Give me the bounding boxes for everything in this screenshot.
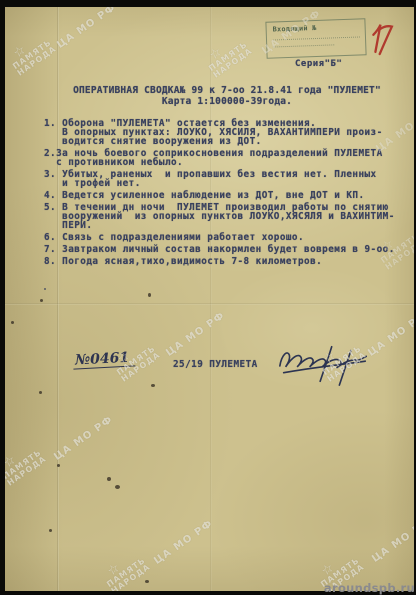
document-text: ОПЕРАТИВНАЯ СВОДКА№ 99 к 7-оо 21.8.41 го… [5,85,414,266]
memory-watermark-text: НАРОДА [110,563,152,591]
memory-watermark: ☆ ПАМЯТЬ НАРОДА [5,440,48,487]
paper-speck [49,529,52,532]
paper-speck [151,384,155,387]
archive-watermark: ЦА МО РФ [152,518,215,567]
title-line: ОПЕРАТИВНАЯ СВОДКА№ 99 к 7-оо 21.8.41 го… [50,85,404,96]
scanned-document-page: Входящий № Серия"Б" ОПЕРАТИВНАЯ СВОДКА№ … [0,0,416,595]
memory-watermark-text: НАРОДА [16,45,58,77]
archive-watermark: ЦА МО РФ [366,310,414,359]
handwritten-page-number [363,18,398,61]
memory-watermark-text: НАРОДА [212,47,254,79]
paper-sheet: Входящий № Серия"Б" ОПЕРАТИВНАЯ СВОДКА№ … [5,7,414,591]
star-icon: ☆ [320,548,356,578]
paper-speck [57,464,60,467]
document-line: вооружений из опорных пунктов ЛОУКО,ХЯСЯ… [44,212,408,221]
document-line: 4. Ведется усиленное наблюдение из ДОТ, … [44,191,408,200]
document-line: с противником небыло. [44,158,408,167]
memory-watermark-text: ПАМЯТЬ [208,40,250,72]
paper-speck [107,477,111,481]
memory-watermark-text: НАРОДА [6,455,48,487]
star-icon: ☆ [106,548,142,578]
paper-speck [40,299,43,302]
archive-watermark: ЦА МО РФ [164,310,227,359]
document-line: 8. Погода ясная,тихо,видимость 7-8 килом… [44,257,408,266]
memory-watermark-text: ПАМЯТЬ [12,38,54,70]
archive-watermark: ЦА МО РФ [52,414,115,463]
document-line: ПЕРИ. [44,221,408,230]
stamp-label: Входящий № [273,22,360,33]
handwritten-doc-number: №0461 [73,349,136,369]
paper-speck [39,391,42,394]
document-line: 7. Завтраком личный состав накормлен буд… [44,245,408,254]
incoming-stamp: Входящий № [265,18,366,58]
document-line: и трофей нет. [44,179,408,188]
star-icon: ☆ [208,32,244,62]
star-icon: ☆ [12,30,48,60]
series-label: Серия"Б" [295,59,342,69]
paper-speck [145,580,149,583]
site-watermark: aroundspb.ru [324,581,415,595]
title-line: Карта 1:100000-39года. [50,96,404,107]
archive-watermark: ЦА МО РФ [370,516,414,565]
document-line: 6. Связь с подразделениями работает хоро… [44,233,408,242]
ink-dot [44,288,46,290]
stamp-rule [273,36,360,40]
handwritten-signature [275,341,373,389]
footer-typed-label: 25/19 ПУЛЕМЕТА [173,359,258,370]
star-icon: ☆ [5,440,39,470]
memory-watermark-text: ПАМЯТЬ [5,448,43,480]
document-title: ОПЕРАТИВНАЯ СВОДКА№ 99 к 7-оо 21.8.41 го… [50,85,404,107]
paper-speck [11,321,14,324]
memory-watermark: ☆ ПАМЯТЬ НАРОДА [100,548,152,591]
fold-crease [5,303,414,305]
document-line: водится снятие вооружения из ДОТ. [44,137,408,146]
paper-speck [148,293,151,297]
archive-watermark: ЦА МО РФ [55,7,118,51]
paper-speck [115,485,120,489]
stamp-rule [273,44,334,47]
report-body: 1. Оборона "ПУЛЕМЕТА" остается без измен… [44,119,408,266]
memory-watermark: ☆ ПАМЯТЬ НАРОДА [6,30,58,77]
memory-watermark-text: ПАМЯТЬ [106,556,148,588]
